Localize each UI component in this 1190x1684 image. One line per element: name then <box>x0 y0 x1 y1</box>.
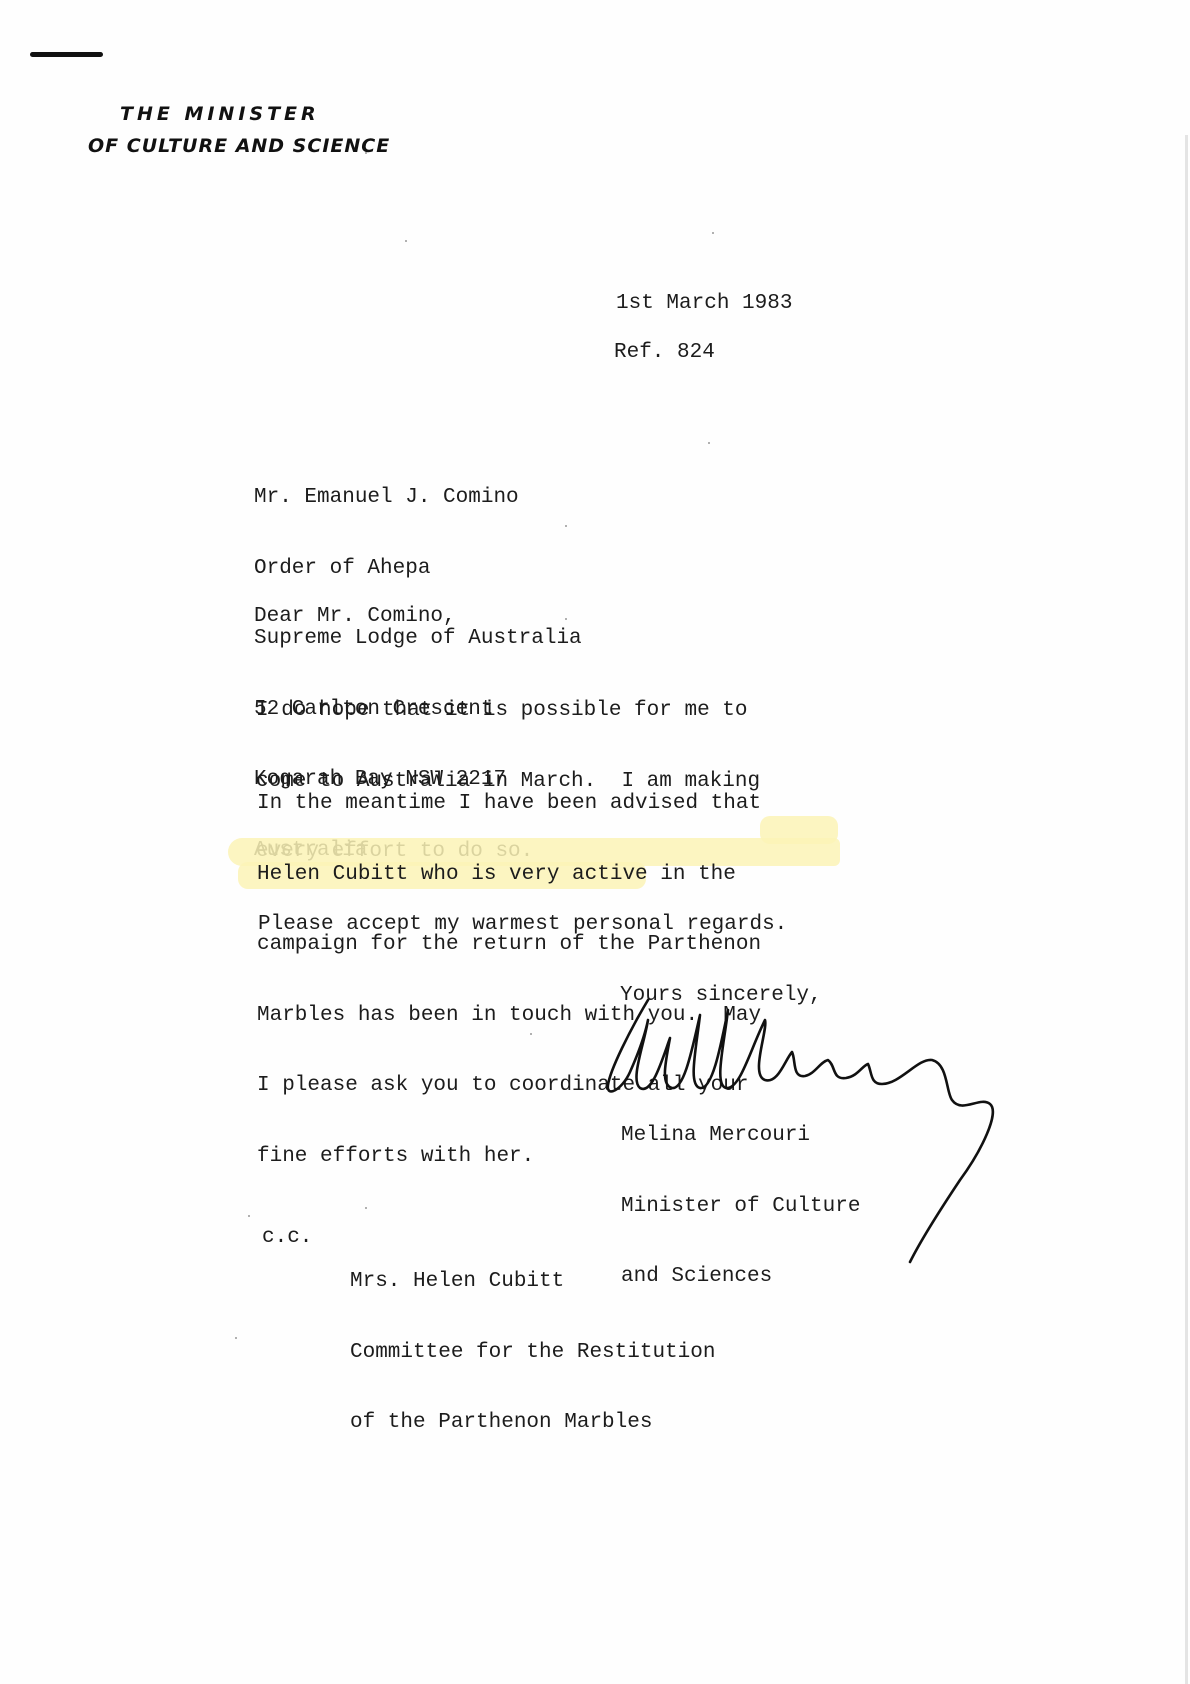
letter-date: 1st March 1983 <box>616 292 792 316</box>
address-line: Supreme Lodge of Australia <box>254 627 582 651</box>
cc-line: of the Parthenon Marbles <box>350 1411 715 1435</box>
letter-page: THE MINISTER OF CULTURE AND SCIENCE 1st … <box>0 0 1190 1684</box>
cc-line: Committee for the Restitution <box>350 1341 715 1365</box>
signatory-title: Minister of Culture <box>621 1195 860 1219</box>
scan-speck <box>405 240 407 242</box>
scan-speck <box>565 618 567 620</box>
scan-speck <box>365 152 367 154</box>
cc-line: Mrs. Helen Cubitt <box>350 1270 715 1294</box>
scan-speck <box>565 525 567 527</box>
redaction-mark <box>30 52 103 57</box>
letterhead-line-1: THE MINISTER <box>120 98 390 130</box>
letterhead-line-2: OF CULTURE AND SCIENCE <box>88 130 390 162</box>
signatory-name: Melina Mercouri <box>621 1124 860 1148</box>
scan-speck <box>365 1207 367 1209</box>
valediction: Yours sincerely, <box>620 984 822 1008</box>
letterhead: THE MINISTER OF CULTURE AND SCIENCE <box>88 98 390 162</box>
address-line: Mr. Emanuel J. Comino <box>254 486 582 510</box>
reference-number: Ref. 824 <box>614 341 715 365</box>
page-edge <box>1185 135 1188 1684</box>
scan-speck <box>235 1337 237 1339</box>
salutation: Dear Mr. Comino, <box>254 605 456 629</box>
scan-speck <box>530 1033 532 1035</box>
body-line: In the meantime I have been advised that <box>257 792 761 816</box>
body-line: Helen Cubitt who is very active in the <box>257 863 761 887</box>
body-line: campaign for the return of the Parthenon <box>257 933 761 957</box>
scan-speck <box>248 1215 250 1217</box>
cc-recipient: Mrs. Helen Cubitt Committee for the Rest… <box>350 1223 715 1482</box>
scan-speck <box>708 442 710 444</box>
scan-speck <box>712 232 714 234</box>
body-line: I do hope that it is possible for me to <box>256 699 760 723</box>
cc-label: c.c. <box>262 1226 312 1250</box>
closing-line: Please accept my warmest personal regard… <box>258 913 787 937</box>
address-line: Order of Ahepa <box>254 557 582 581</box>
